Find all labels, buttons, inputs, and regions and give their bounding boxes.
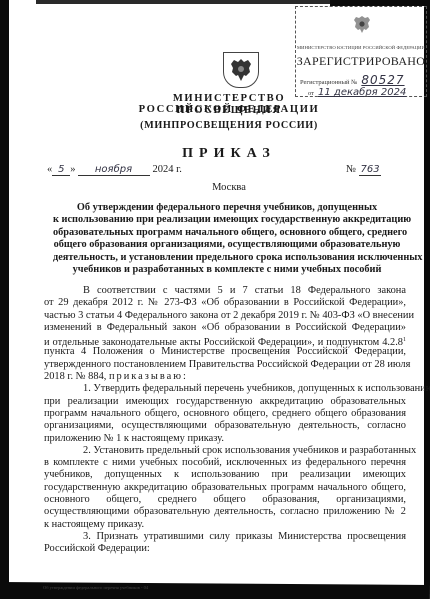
title-line: к использованию при реализации имеющих г… (53, 214, 401, 226)
number-label: № (346, 164, 356, 175)
order-word: приказываю: (109, 371, 188, 382)
stamp-status: ЗАРЕГИСТРИРОВАНО (296, 54, 426, 69)
stamp-organization: МИНИСТЕРСТВО ЮСТИЦИИ РОССИЙСКОЙ ФЕДЕРАЦИ… (296, 45, 426, 50)
order-date: «5»ноября2024 г. (47, 164, 182, 176)
text-line: к настоящему приказу. (44, 519, 406, 531)
text-segment: 2018 г. № 884, (44, 371, 106, 382)
text-line: приложению № 1 к настоящему приказу. (44, 433, 406, 445)
text-line: изменений в Федеральный закон «Об образо… (44, 322, 406, 334)
text-line: организациями, осуществляющими образоват… (44, 420, 406, 432)
text-line: учебников, допущенных к использованию пр… (44, 469, 406, 481)
superscript: 1 (403, 337, 406, 343)
title-line: деятельность, и установлении предельного… (53, 252, 401, 264)
text-line: в комплекте с ними учебных пособий, искл… (44, 457, 406, 469)
text-line: утвержденного постановлением Правительст… (44, 359, 406, 371)
text-line: государственную аккредитацию образовател… (44, 482, 406, 494)
text-line: 3. Признать утратившими силу приказы Мин… (44, 531, 406, 543)
order-title: Об утверждении федерального перечня учеб… (53, 202, 401, 276)
stamp-registration-number: 80527 (361, 73, 404, 87)
ministry-short-name: (МИНПРОСВЕЩЕНИЯ РОССИИ) (119, 120, 339, 131)
text-line: 2. Установить предельный срок использова… (44, 445, 406, 457)
city: Москва (159, 182, 299, 193)
date-year: 2024 г. (153, 164, 182, 175)
title-line: Об утверждении федерального перечня учеб… (53, 202, 401, 214)
order-number: №763 (346, 164, 381, 176)
double-headed-eagle-icon (228, 57, 254, 83)
text-line: при реализации имеющих государственную а… (44, 396, 406, 408)
date-close-quote: » (70, 164, 75, 175)
text-line: основного общего, среднего общего образо… (44, 494, 406, 506)
item-3-paragraph: 3. Признать утратившими силу приказы Мин… (44, 531, 406, 556)
title-line: образовательных программ начального обще… (53, 227, 401, 239)
stamp-registration-label: Регистрационный № (300, 79, 357, 86)
text-line: осуществляющими образовательную деятельн… (44, 506, 406, 518)
text-line: 1. Утвердить федеральный перечень учебни… (44, 383, 406, 395)
title-line: общего образования организациями, осущес… (53, 239, 401, 251)
text-line: Российской Федерации: (44, 543, 406, 555)
document-page: МИНИСТЕРСТВО ЮСТИЦИИ РОССИЙСКОЙ ФЕДЕРАЦИ… (9, 4, 424, 582)
page-footer: Об утверждении федерального перечня учеб… (43, 585, 148, 590)
stamp-date: 11 декабря 2024 (318, 87, 406, 98)
preamble-paragraph: В соответствии с частями 5 и 7 статьи 18… (44, 285, 406, 383)
text-line: от 29 декабря 2012 г. № 273-ФЗ «Об образ… (44, 297, 406, 309)
registration-stamp: МИНИСТЕРСТВО ЮСТИЦИИ РОССИЙСКОЙ ФЕДЕРАЦИ… (295, 6, 427, 97)
date-day-handwritten: 5 (52, 164, 70, 176)
order-body: В соответствии с частями 5 и 7 статьи 18… (44, 285, 406, 556)
number-handwritten: 763 (359, 164, 381, 176)
item-1-paragraph: 1. Утвердить федеральный перечень учебни… (44, 383, 406, 444)
text-line-with-sup: и отдельные законодательные акты Российс… (44, 334, 406, 346)
text-line: пункта 4 Положения о Министерстве просве… (44, 346, 406, 358)
scan-border-left (0, 0, 9, 599)
state-emblem (223, 52, 259, 88)
ministry-name-line2: РОССИЙСКОЙ ФЕДЕРАЦИИ (129, 104, 329, 116)
stamp-registration-row: Регистрационный №80527 (300, 73, 422, 87)
title-line: учебников и разработанных в комплекте с … (53, 264, 401, 276)
item-2-paragraph: 2. Установить предельный срок использова… (44, 445, 406, 531)
coat-of-arms-icon (350, 13, 374, 37)
text-line: В соответствии с частями 5 и 7 статьи 18… (44, 285, 406, 297)
date-month-handwritten: ноября (78, 164, 150, 176)
text-line-with-order-word: 2018 г. № 884, приказываю: (44, 371, 406, 383)
document-type-heading: ПРИКАЗ (159, 146, 299, 162)
text-line: программ начального общего, основного об… (44, 408, 406, 420)
text-line: частью 3 статьи 4 Федерального закона от… (44, 310, 406, 322)
